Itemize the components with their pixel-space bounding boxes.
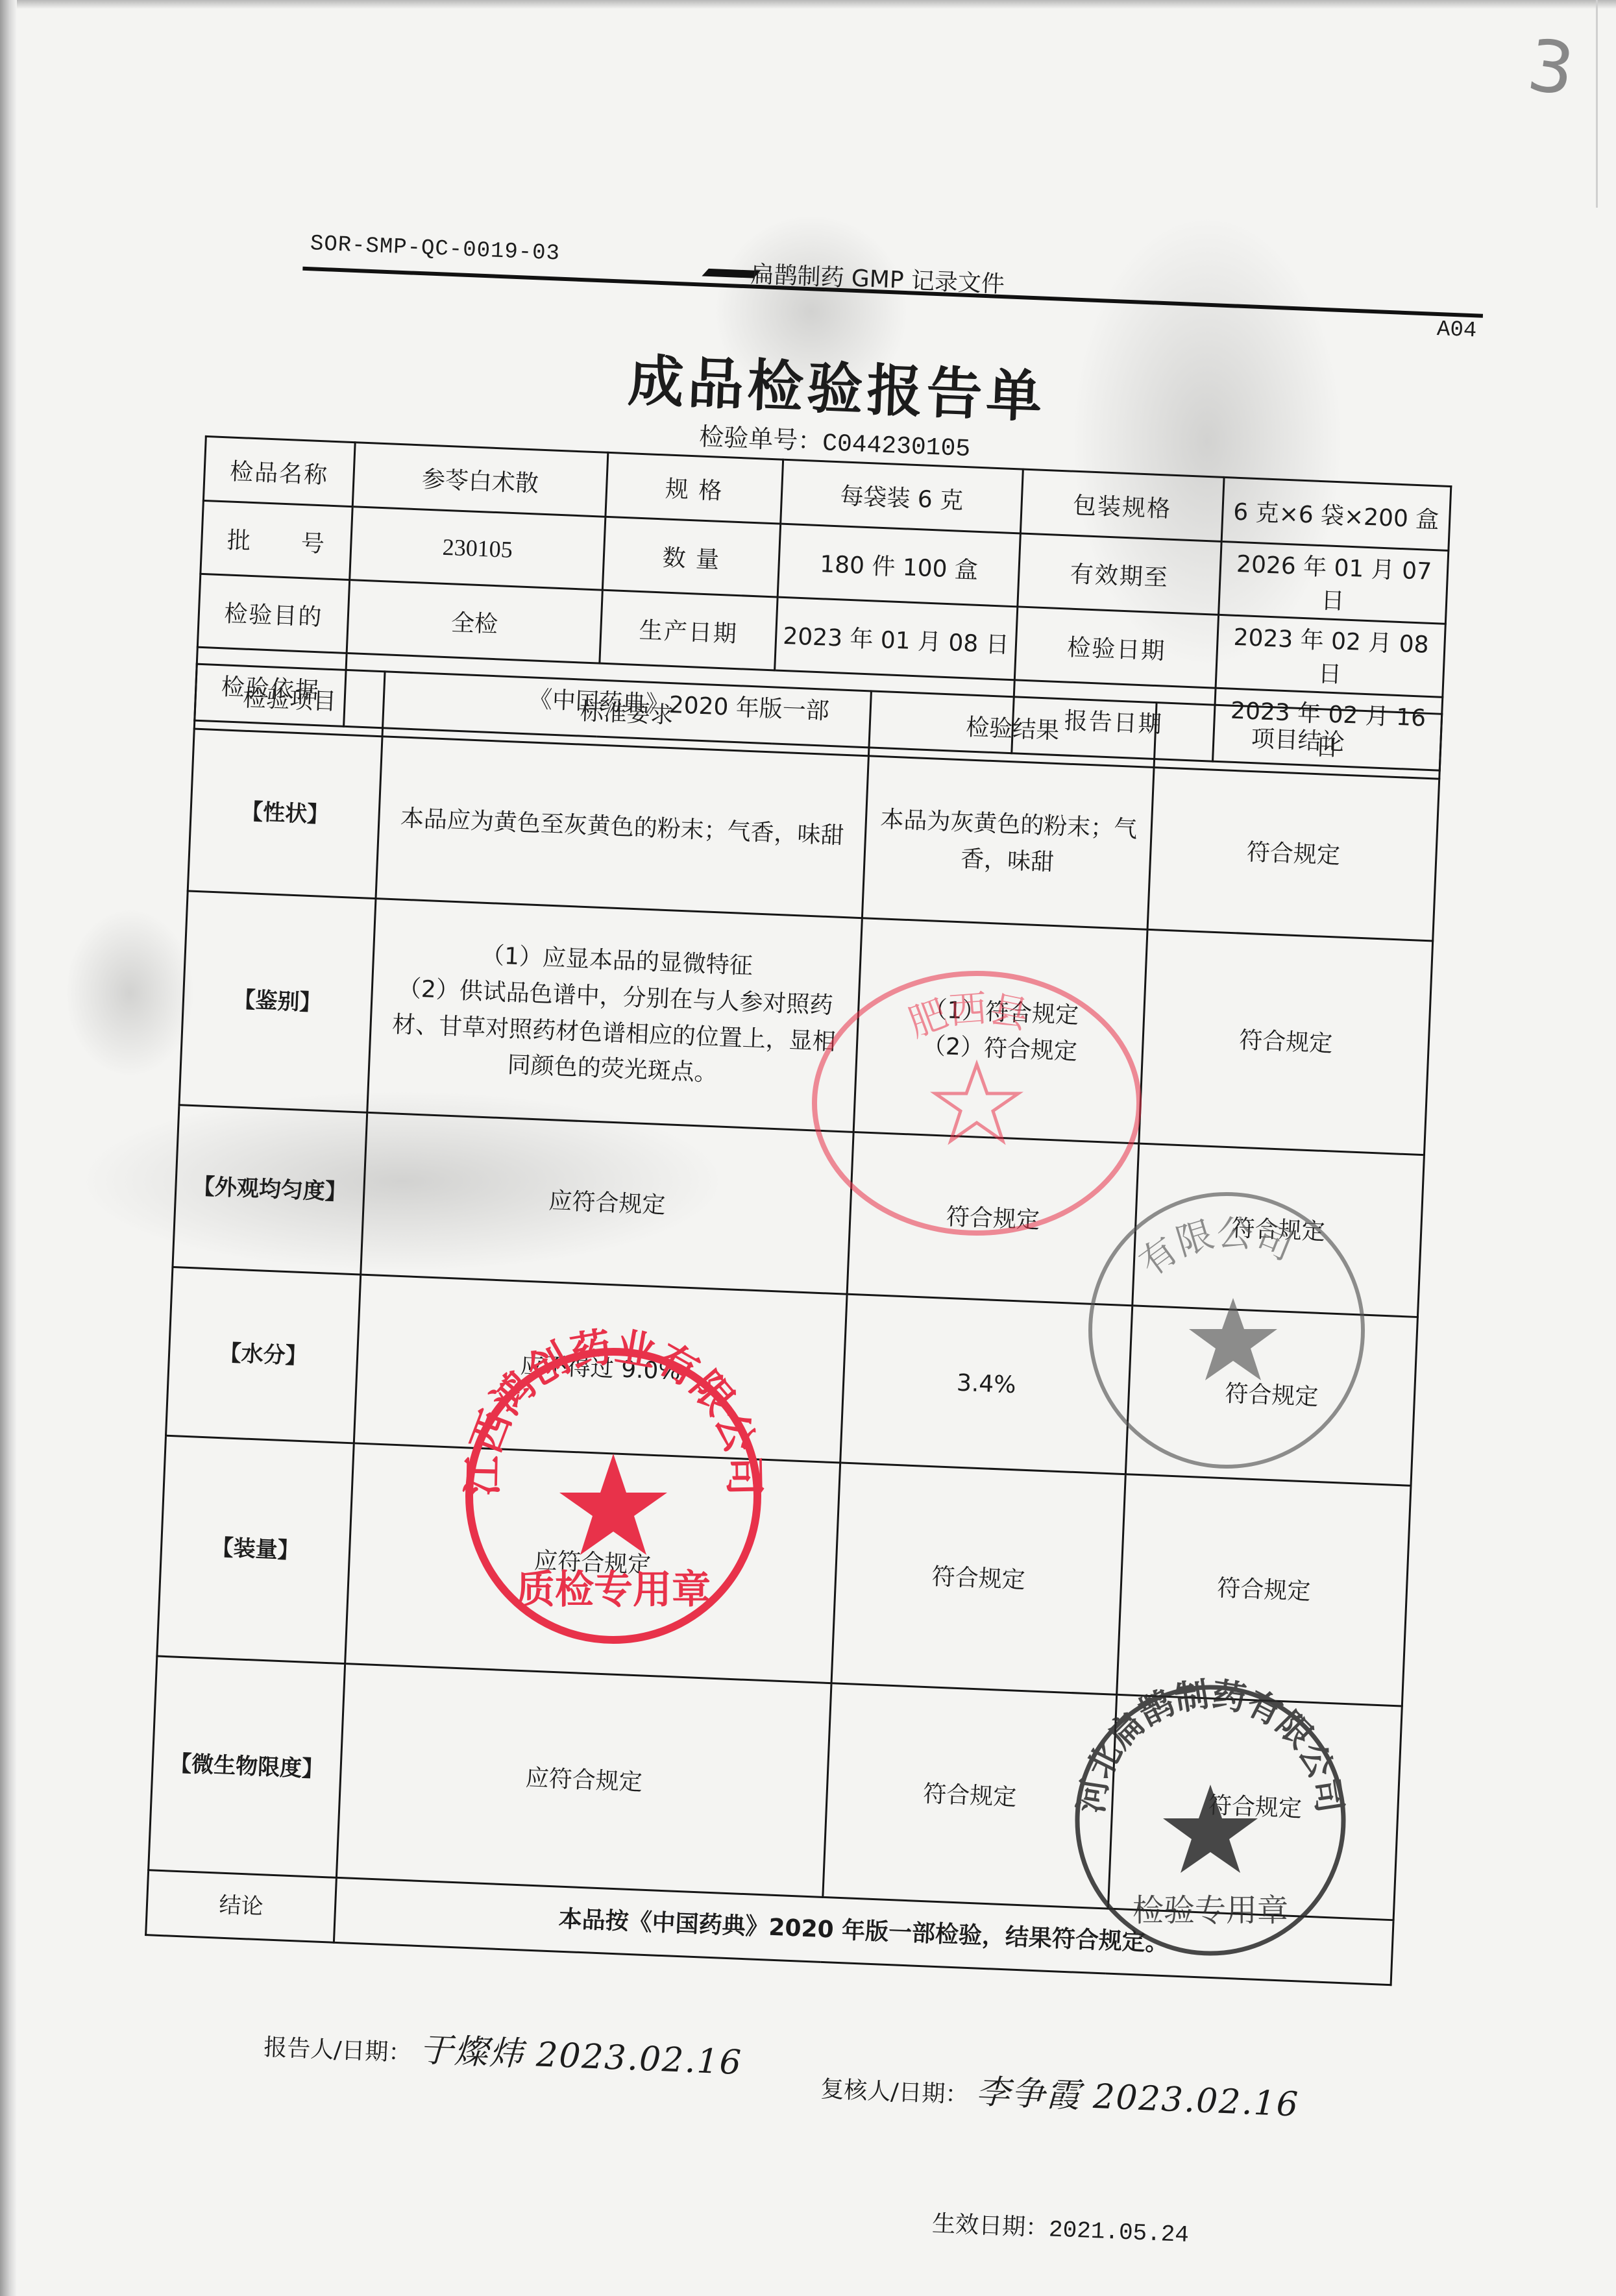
effective-date: 生效日期：2021.05.24 xyxy=(931,2205,1190,2249)
packing-label: 包装规格 xyxy=(1020,469,1224,541)
item-conclusion: 符合规定 xyxy=(1108,1694,1402,1920)
item-conclusion: 符合规定 xyxy=(1132,1143,1425,1317)
header-conclusion: 项目结论 xyxy=(1154,703,1442,779)
scan-left-edge xyxy=(0,0,17,2296)
item-result: 符合规定 xyxy=(823,1683,1117,1909)
reviewer-handwritten-signature: 李争霞 2023.02.16 xyxy=(975,2073,1300,2125)
item-conclusion: 符合规定 xyxy=(1139,929,1433,1154)
report-sheet: SOR-SMP-QC-0019-03 扁鹊制药 GMP 记录文件 A04 成品检… xyxy=(114,208,1486,2269)
item-result: 符合规定 xyxy=(847,1132,1139,1305)
item-result-line: （2）符合规定 xyxy=(922,1028,1078,1070)
purpose-label: 检验目的 xyxy=(197,574,349,653)
inspection-items-table: 检验项目 标准要求 检验结果 项目结论 【性状】 本品应为黄色至灰黄色的粉末；气… xyxy=(145,663,1443,1986)
spec-value: 每袋装 6 克 xyxy=(781,459,1023,533)
item-standard-line: （2）供试品色谱中，分别在与人参对照药材、甘草对照药材色谱相应的位置上，显相同颜… xyxy=(378,970,849,1097)
scan-top-edge xyxy=(0,0,1616,9)
item-result: （1）符合规定 （2）符合规定 xyxy=(853,918,1147,1143)
version-code: A04 xyxy=(1436,317,1477,343)
item-result: 本品为灰黄色的粉末；气香，味甜 xyxy=(862,756,1154,929)
expiry-value: 2026 年 01 月 07 日 xyxy=(1219,541,1449,624)
inspection-date-value: 2023 年 02 月 08 日 xyxy=(1216,615,1445,697)
header-item: 检验项目 xyxy=(194,664,385,737)
effective-date-value: 2021.05.24 xyxy=(1048,2216,1190,2249)
item-result-line: （1）符合规定 xyxy=(923,992,1079,1034)
item-standard: 应符合规定 xyxy=(361,1112,853,1294)
item-name: 【性状】 xyxy=(188,729,382,898)
scan-right-edge xyxy=(1596,0,1598,208)
item-standard: 应不得过 9.0% xyxy=(354,1275,847,1463)
item-conclusion: 符合规定 xyxy=(1117,1474,1411,1706)
handwritten-page-number: 3 xyxy=(1523,23,1579,112)
item-name: 【微生物限度】 xyxy=(149,1656,345,1877)
item-standard: 应符合规定 xyxy=(336,1664,831,1898)
final-conclusion-label: 结论 xyxy=(146,1870,337,1943)
batch-label: 批 号 xyxy=(201,500,352,580)
quantity-value: 180 件 100 盒 xyxy=(777,524,1020,607)
purpose-value: 全检 xyxy=(347,580,602,664)
item-name: 【外观均匀度】 xyxy=(173,1105,367,1275)
spec-label: 规 格 xyxy=(606,452,783,524)
inspection-number-label: 检验单号： xyxy=(699,422,824,456)
reviewer-label: 复核人/日期： xyxy=(820,2076,970,2108)
reporter-signature: 报告人/日期： 于燦炜 2023.02.16 xyxy=(263,2016,743,2084)
inspection-number-value: C044230105 xyxy=(822,430,971,463)
item-name: 【鉴别】 xyxy=(179,891,376,1112)
item-standard: （1）应显本品的显微特征 （2）供试品色谱中，分别在与人参对照药材、甘草对照药材… xyxy=(367,899,863,1132)
production-date-value: 2023 年 01 月 08 日 xyxy=(775,597,1018,680)
effective-date-label: 生效日期： xyxy=(931,2210,1049,2241)
production-date-label: 生产日期 xyxy=(600,590,777,670)
item-conclusion: 符合规定 xyxy=(1125,1306,1417,1485)
quantity-label: 数 量 xyxy=(602,517,780,597)
item-name: 【水分】 xyxy=(166,1267,361,1443)
packing-value: 6 克×6 袋×200 盒 xyxy=(1221,477,1451,550)
header-result: 检验结果 xyxy=(868,691,1157,768)
product-name-label: 检品名称 xyxy=(203,436,355,506)
product-name-value: 参苓白术散 xyxy=(352,443,608,517)
item-result: 符合规定 xyxy=(831,1463,1125,1694)
expiry-label: 有效期至 xyxy=(1018,533,1221,615)
item-conclusion: 符合规定 xyxy=(1147,768,1439,941)
item-standard: 本品应为黄色至灰黄色的粉末；气香，味甜 xyxy=(376,737,868,918)
item-result: 3.4% xyxy=(840,1294,1132,1474)
inspection-date-label: 检验日期 xyxy=(1014,607,1218,688)
document-code: SOR-SMP-QC-0019-03 xyxy=(310,232,560,266)
reporter-label: 报告人/日期： xyxy=(263,2034,412,2067)
batch-value: 230105 xyxy=(350,507,606,591)
item-standard: 应符合规定 xyxy=(345,1443,840,1683)
reviewer-signature: 复核人/日期： 李争霞 2023.02.16 xyxy=(820,2058,1300,2126)
item-name: 【装量】 xyxy=(157,1435,354,1663)
reporter-handwritten-signature: 于燦炜 2023.02.16 xyxy=(419,2031,743,2082)
